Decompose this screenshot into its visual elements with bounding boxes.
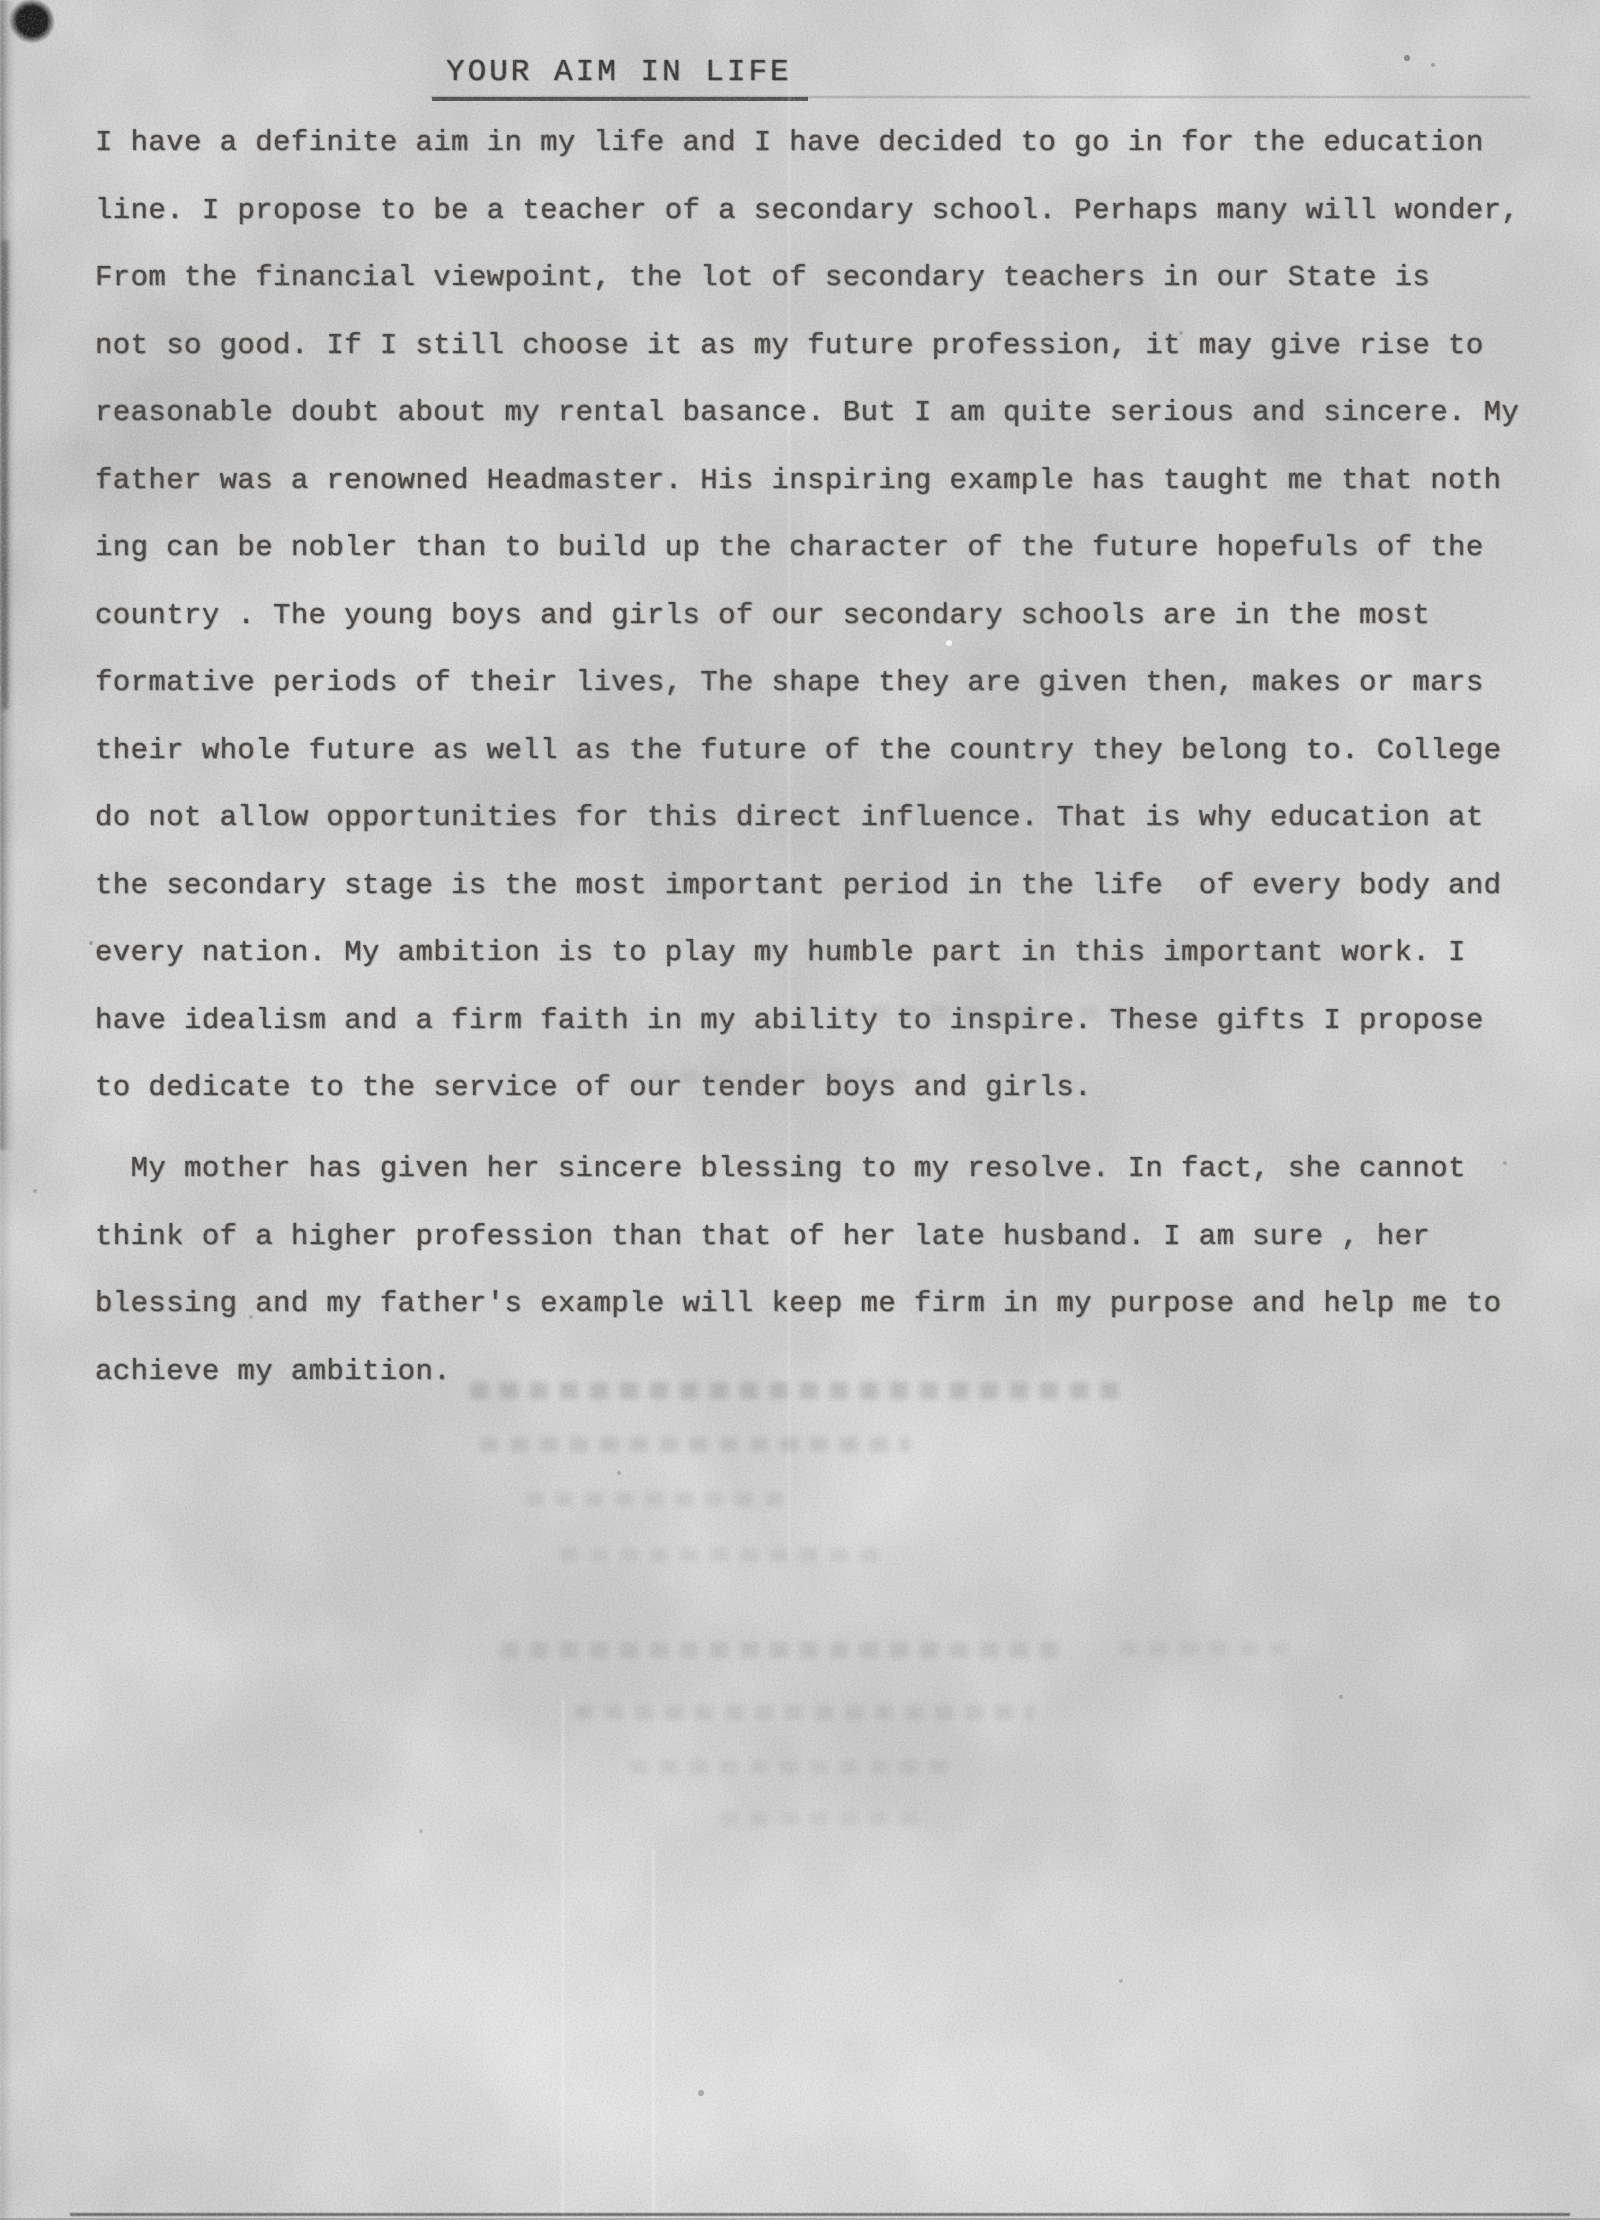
text-line: every nation. My ambition is to play my … (95, 932, 1519, 1000)
left-edge-crease (2, 240, 8, 710)
ghost-text-line (560, 1548, 890, 1562)
text-line: I have a definite aim in my life and I h… (95, 122, 1519, 190)
text-line: do not allow opportunities for this dire… (95, 797, 1519, 865)
text-line: ing can be nobler than to build up the c… (95, 527, 1519, 595)
document-title: YOUR AIM IN LIFE (432, 56, 808, 101)
dust-specks (0, 0, 2, 2)
text-line: achieve my ambition. (95, 1351, 1501, 1419)
vertical-scratch-line (562, 1700, 564, 2220)
text-line: think of a higher profession than that o… (95, 1216, 1501, 1284)
text-line: blessing and my father's example will ke… (95, 1283, 1501, 1351)
text-line: their whole future as well as the future… (95, 730, 1519, 798)
text-line: father was a renowned Headmaster. His in… (95, 460, 1519, 528)
ghost-text-line (720, 1812, 930, 1825)
vertical-scratch-line (652, 1850, 655, 2220)
text-line: reasonable doubt about my rental basance… (95, 392, 1519, 460)
text-line: have idealism and a firm faith in my abi… (95, 1000, 1519, 1068)
ghost-text-line (630, 1760, 960, 1774)
text-line: not so good. If I still choose it as my … (95, 325, 1519, 393)
text-line: formative periods of their lives, The sh… (95, 662, 1519, 730)
text-line: to dedicate to the service of our tender… (95, 1067, 1519, 1135)
text-line: My mother has given her sincere blessing… (95, 1148, 1501, 1216)
text-line: country . The young boys and girls of ou… (95, 595, 1519, 663)
ghost-text-line (1120, 1642, 1300, 1655)
bottom-edge-line (70, 2213, 1570, 2216)
ghost-text-line (500, 1642, 1060, 1658)
ghost-text-line (525, 1492, 795, 1506)
paragraph-2: My mother has given her sincere blessing… (95, 1148, 1501, 1418)
vertical-scratch-line (1042, 260, 1044, 1360)
ghost-text-line (575, 1705, 1035, 1720)
ghost-text-line (480, 1437, 910, 1452)
text-line: the secondary stage is the most importan… (95, 865, 1519, 933)
left-edge-shadow-lower (0, 1150, 12, 2220)
vertical-scratch-line (788, 60, 790, 1560)
paragraph-1: I have a definite aim in my life and I h… (95, 122, 1519, 1135)
scanned-document-page: { "doc": { "title": "YOUR AIM IN LIFE", … (0, 0, 1600, 2220)
text-line: From the financial viewpoint, the lot of… (95, 257, 1519, 325)
text-line: line. I propose to be a teacher of a sec… (95, 190, 1519, 258)
